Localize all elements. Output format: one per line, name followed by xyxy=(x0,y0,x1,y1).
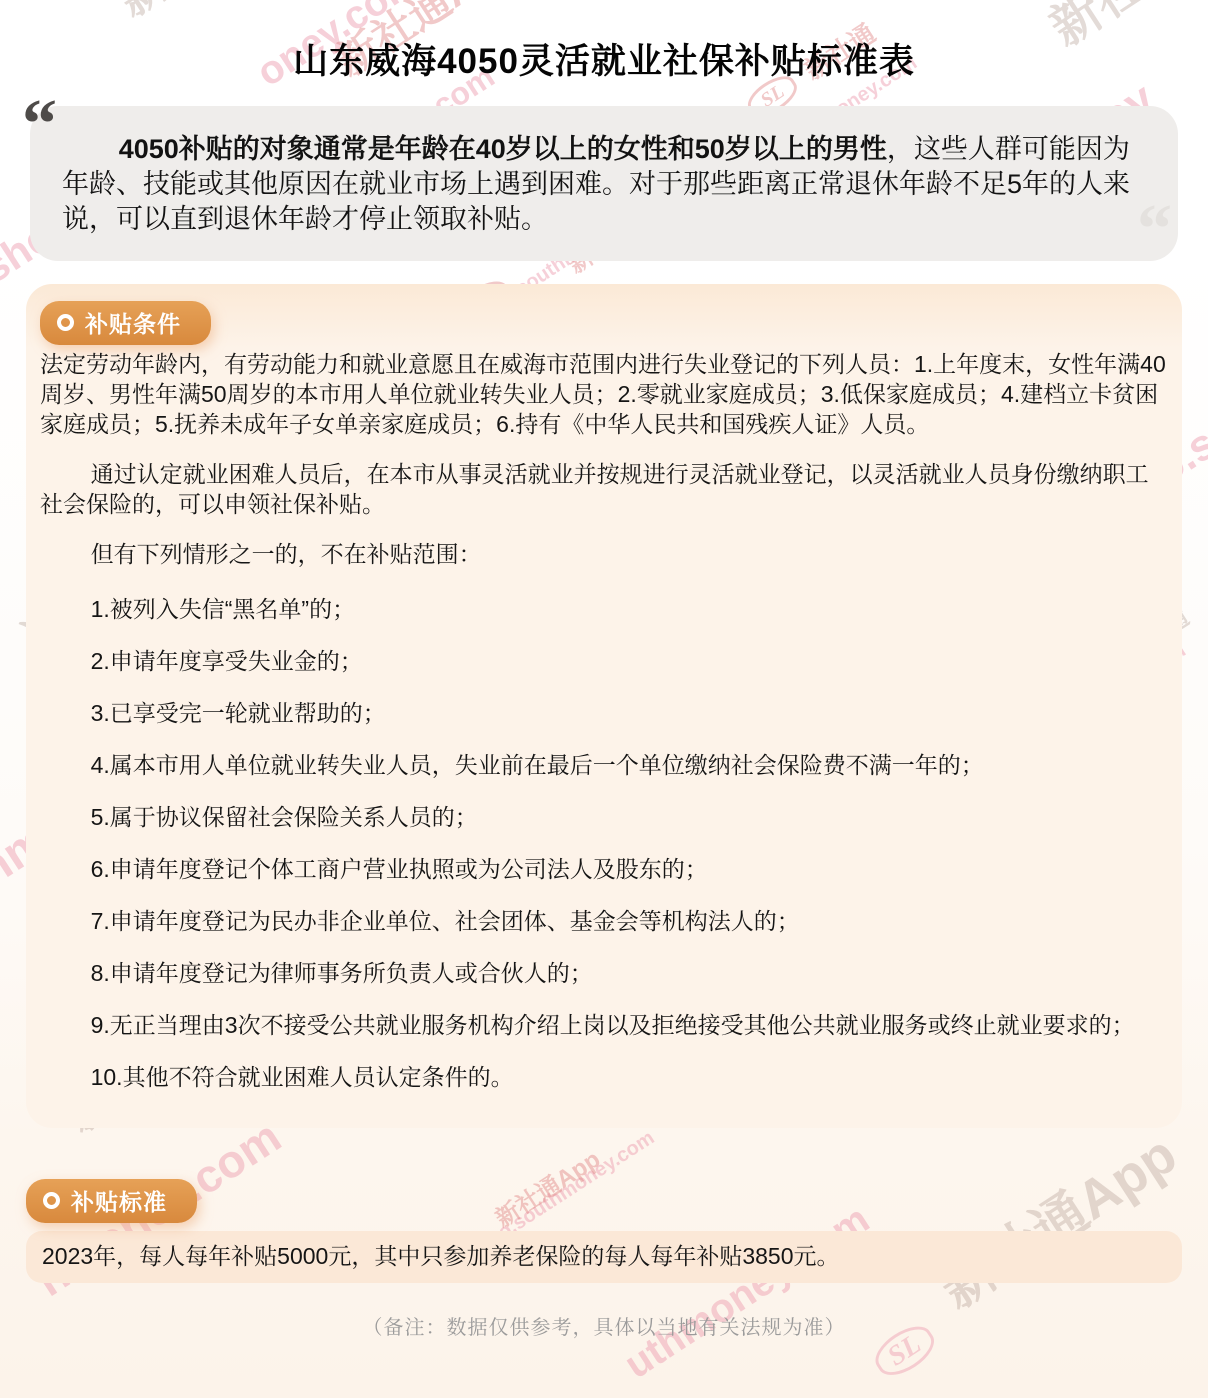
ring-icon xyxy=(43,1192,60,1209)
condition-paragraph: 但有下列情形之一的，不在补贴范围： xyxy=(40,539,1168,569)
exclusion-item: 2.申请年度享受失业金的； xyxy=(40,646,1168,676)
exclusion-item: 6.申请年度登记个体工商户营业执照或为公司法人及股东的； xyxy=(40,854,1168,884)
page-title: 山东威海4050灵活就业社保补贴标准表 xyxy=(0,0,1208,84)
condition-paragraph: 法定劳动年龄内，有劳动能力和就业意愿且在威海市范围内进行失业登记的下列人员：1.… xyxy=(40,349,1168,439)
article-content: 山东威海4050灵活就业社保补贴标准表 “ 4050补贴的对象通常是年龄在40岁… xyxy=(0,0,1208,1340)
standard-band: 2023年，每人每年补贴5000元，其中只参加养老保险的每人每年补贴3850元。 xyxy=(26,1231,1182,1283)
intro-quote-box: “ 4050补贴的对象通常是年龄在40岁以上的女性和50岁以上的男性，这些人群可… xyxy=(30,106,1178,261)
exclusion-item: 1.被列入失信“黑名单”的； xyxy=(40,594,1168,624)
condition-paragraph: 通过认定就业困难人员后，在本市从事灵活就业并按规进行灵活就业登记，以灵活就业人员… xyxy=(40,459,1168,519)
exclusion-item: 4.属本市用人单位就业转失业人员，失业前在最后一个单位缴纳社会保险费不满一年的； xyxy=(40,750,1168,780)
close-quote-icon: “ xyxy=(1137,195,1168,265)
section-badge-label: 补贴标准 xyxy=(71,1184,167,1217)
section-badge-label: 补贴条件 xyxy=(85,306,181,339)
intro-lead-bold: 4050补贴的对象通常是年龄在40岁以上的女性和50岁以上的男性 xyxy=(119,134,887,164)
intro-paragraph: 4050补贴的对象通常是年龄在40岁以上的女性和50岁以上的男性，这些人群可能因… xyxy=(62,132,1146,237)
section-conditions: 补贴条件 法定劳动年龄内，有劳动能力和就业意愿且在威海市范围内进行失业登记的下列… xyxy=(26,284,1182,1128)
exclusions-list: 1.被列入失信“黑名单”的；2.申请年度享受失业金的；3.已享受完一轮就业帮助的… xyxy=(40,594,1168,1092)
open-quote-icon: “ xyxy=(22,90,53,160)
conditions-paragraphs: 法定劳动年龄内，有劳动能力和就业意愿且在威海市范围内进行失业登记的下列人员：1.… xyxy=(40,349,1168,569)
exclusion-item: 10.其他不符合就业困难人员认定条件的。 xyxy=(40,1062,1168,1092)
section-standard-header: 补贴标准 xyxy=(26,1179,1182,1223)
exclusion-item: 5.属于协议保留社会保险关系人员的； xyxy=(40,802,1168,832)
intro-box: 4050补贴的对象通常是年龄在40岁以上的女性和50岁以上的男性，这些人群可能因… xyxy=(30,106,1178,261)
footer-note: （备注：数据仅供参考，具体以当地有关法规为准） xyxy=(0,1311,1208,1340)
exclusion-item: 3.已享受完一轮就业帮助的； xyxy=(40,698,1168,728)
exclusion-item: 8.申请年度登记为律师事务所负责人或合伙人的； xyxy=(40,958,1168,988)
standard-text: 2023年，每人每年补贴5000元，其中只参加养老保险的每人每年补贴3850元。 xyxy=(42,1241,1166,1271)
exclusion-item: 7.申请年度登记为民办非企业单位、社会团体、基金会等机构法人的； xyxy=(40,906,1168,936)
article-page: 新社通Apponey.com新社通Appmoney.comSL新社通southm… xyxy=(0,0,1208,1398)
section-badge-conditions: 补贴条件 xyxy=(40,301,211,345)
section-badge-standard: 补贴标准 xyxy=(26,1179,197,1223)
ring-icon xyxy=(57,314,74,331)
exclusion-item: 9.无正当理由3次不接受公共就业服务机构介绍上岗以及拒绝接受其他公共就业服务或终… xyxy=(40,1010,1168,1040)
